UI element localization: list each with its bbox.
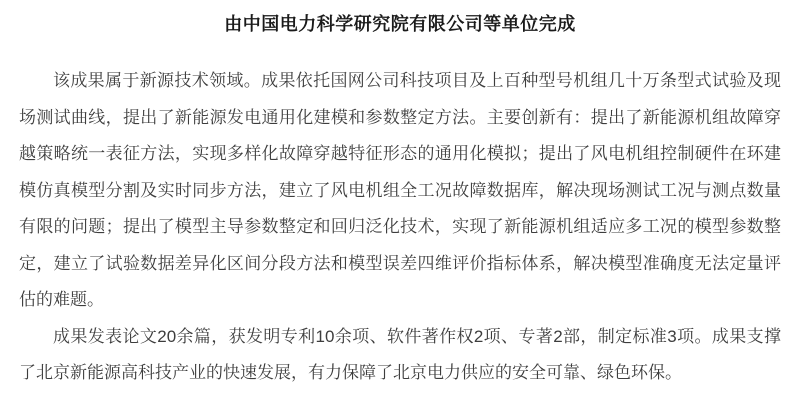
body-paragraph-2: 成果发表论文20余篇，获发明专利10余项、软件著作权2项、专著2部，制定标准3项… (19, 319, 781, 392)
body-paragraph-1: 该成果属于新源技术领域。成果依托国网公司科技项目及上百种型号机组几十万条型式试验… (19, 63, 781, 319)
document-title: 由中国电力科学研究院有限公司等单位完成 (19, 0, 781, 37)
document-page: 由中国电力科学研究院有限公司等单位完成 该成果属于新源技术领域。成果依托国网公司… (0, 0, 800, 392)
